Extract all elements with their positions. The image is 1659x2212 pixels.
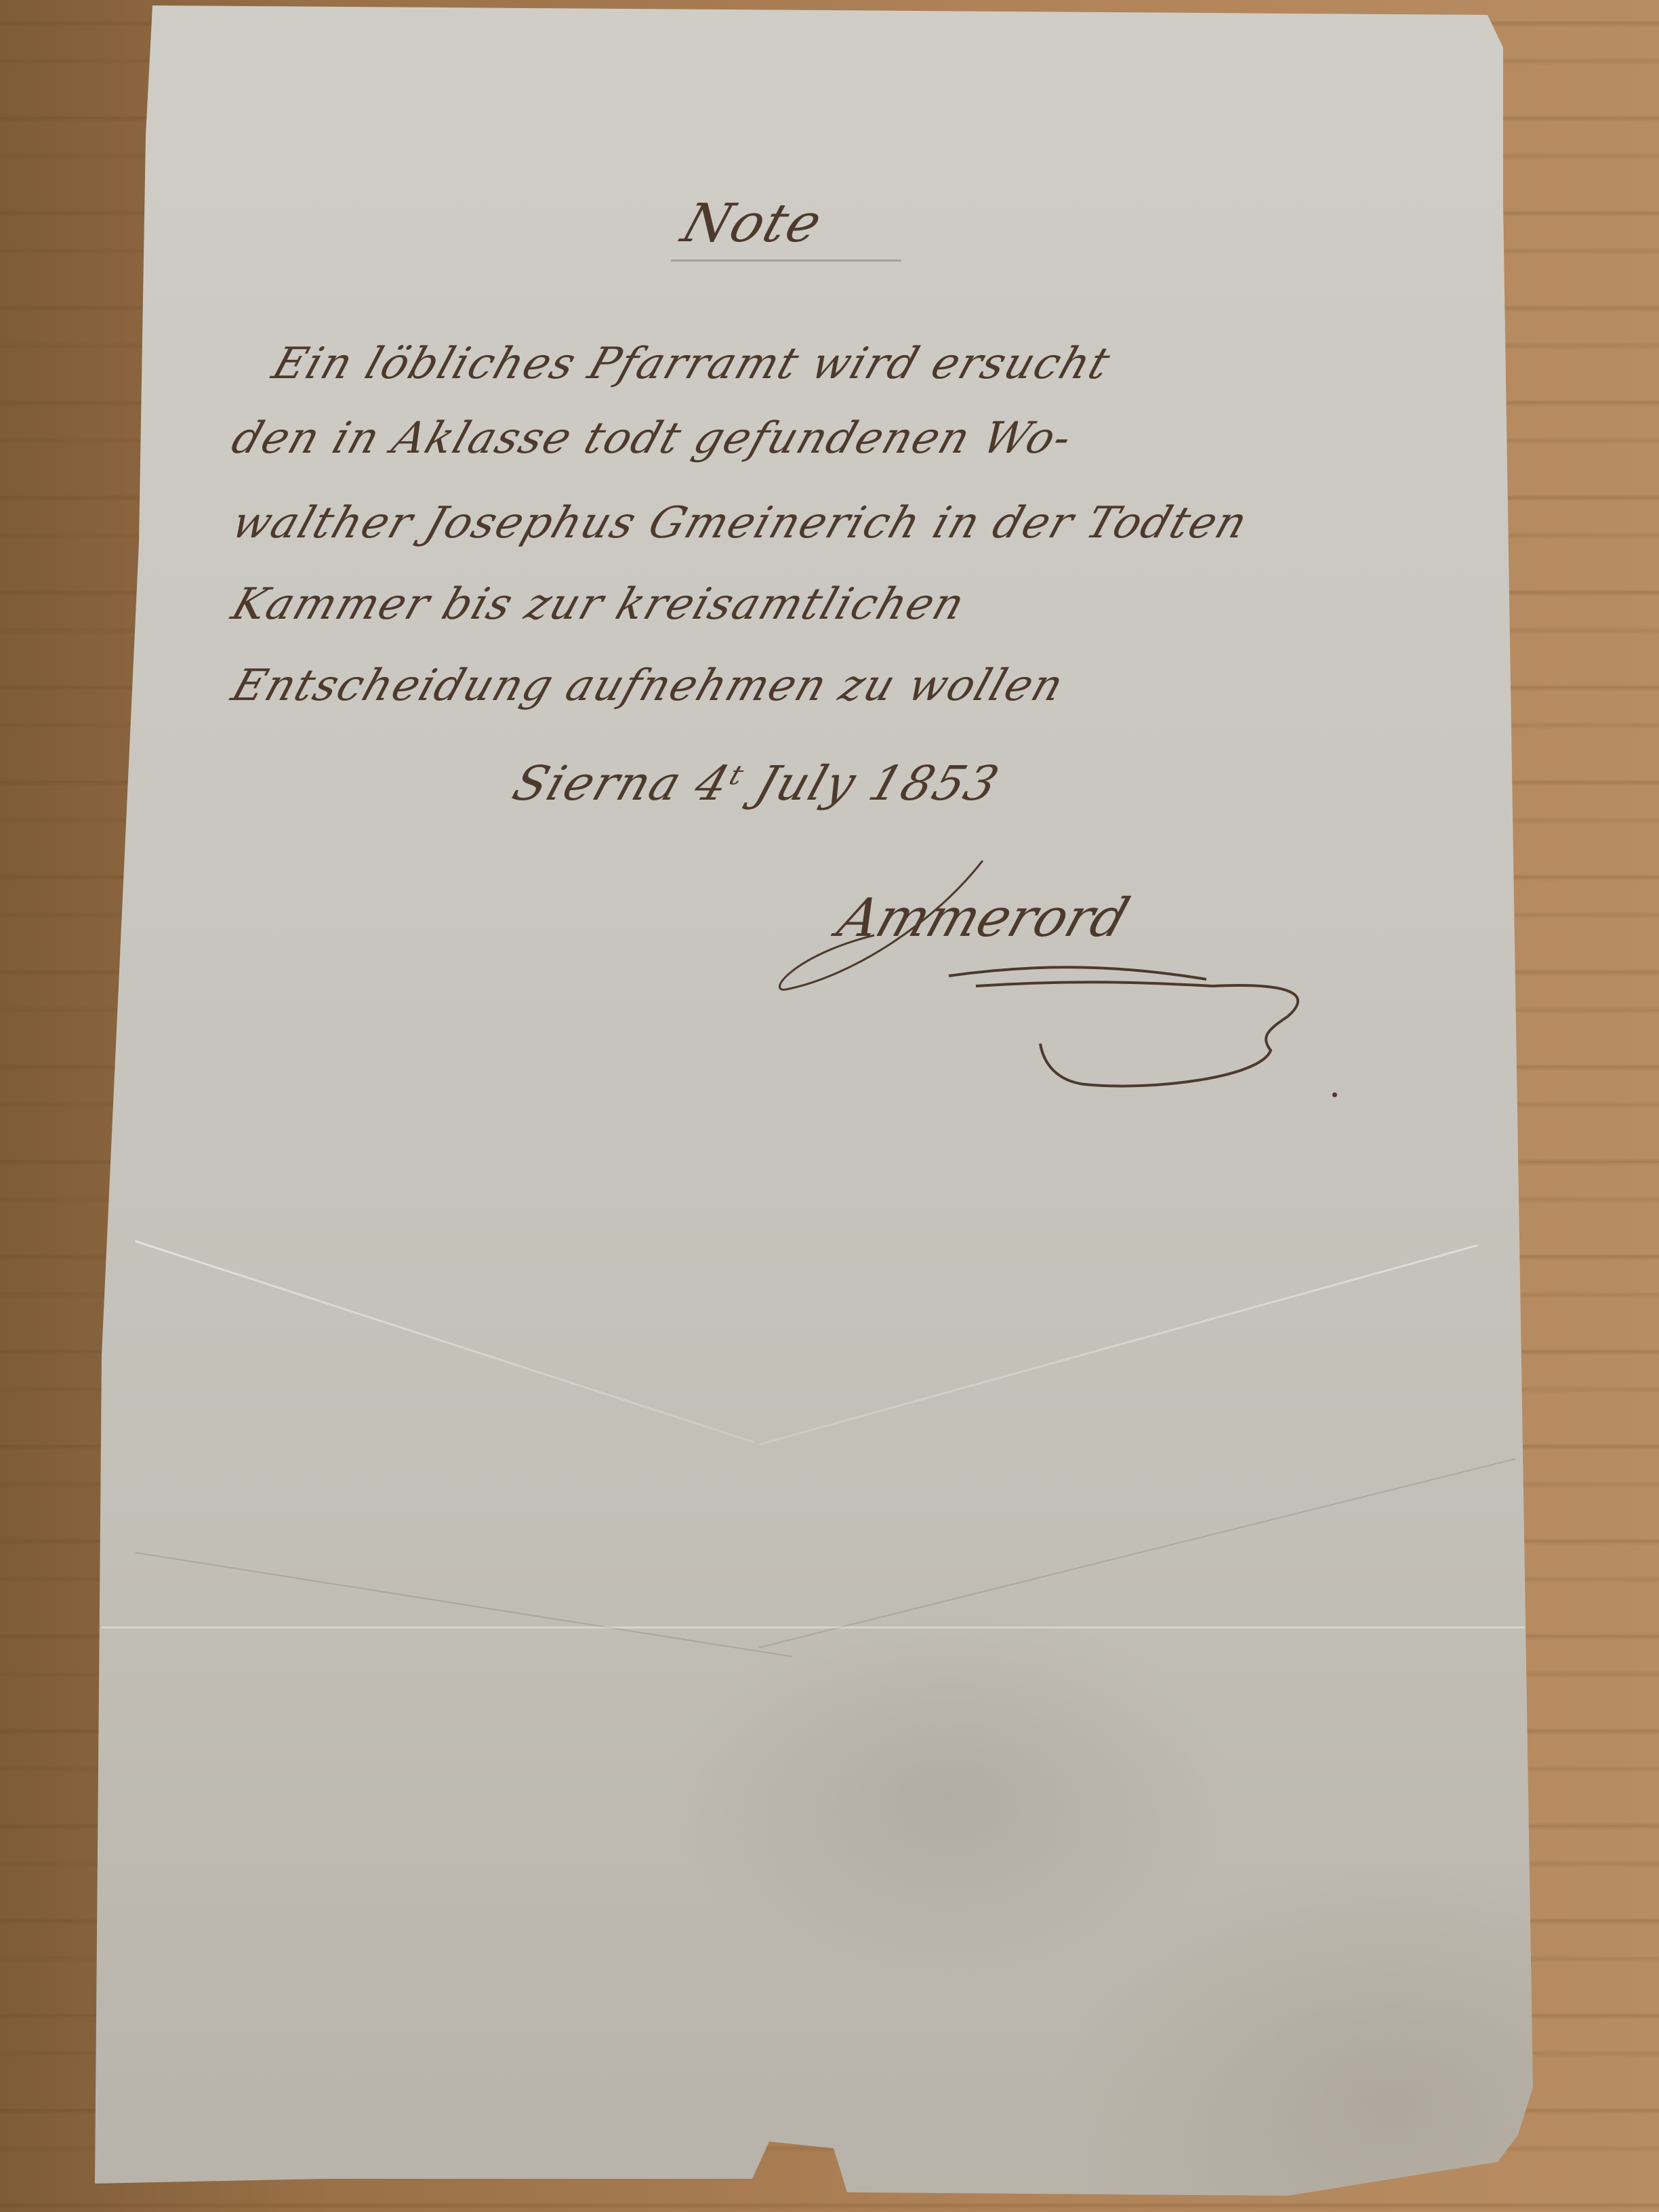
fold-crease-right bbox=[759, 1244, 1478, 1446]
body-line-3: walther Josephus Gmeinerich in der Todte… bbox=[226, 498, 1254, 548]
title-underline bbox=[671, 260, 901, 262]
signature-flourish-icon bbox=[773, 847, 1328, 1091]
fold-shadow-right bbox=[759, 1458, 1515, 1648]
document-title: Note bbox=[674, 193, 830, 254]
fold-shadow-left bbox=[136, 1552, 792, 1657]
fold-crease-left bbox=[135, 1240, 754, 1443]
paper-sheet: Note Ein löbliches Pfarramt wird ersucht… bbox=[0, 0, 1659, 2212]
date-line: Sierna 4ᵗ July 1853 bbox=[506, 756, 1006, 811]
body-line-1: Ein löbliches Pfarramt wird ersucht bbox=[266, 339, 1117, 389]
body-line-2: den in Aklasse todt gefundenen Wo- bbox=[226, 413, 1079, 464]
ink-speck bbox=[1332, 1092, 1337, 1097]
fold-crease-horizontal bbox=[102, 1626, 1525, 1629]
body-line-4: Kammer bis zur kreisamtlichen bbox=[226, 579, 972, 630]
signature: Ammerord bbox=[830, 888, 1136, 949]
body-line-5: Entscheidung aufnehmen zu wollen bbox=[226, 661, 1071, 711]
